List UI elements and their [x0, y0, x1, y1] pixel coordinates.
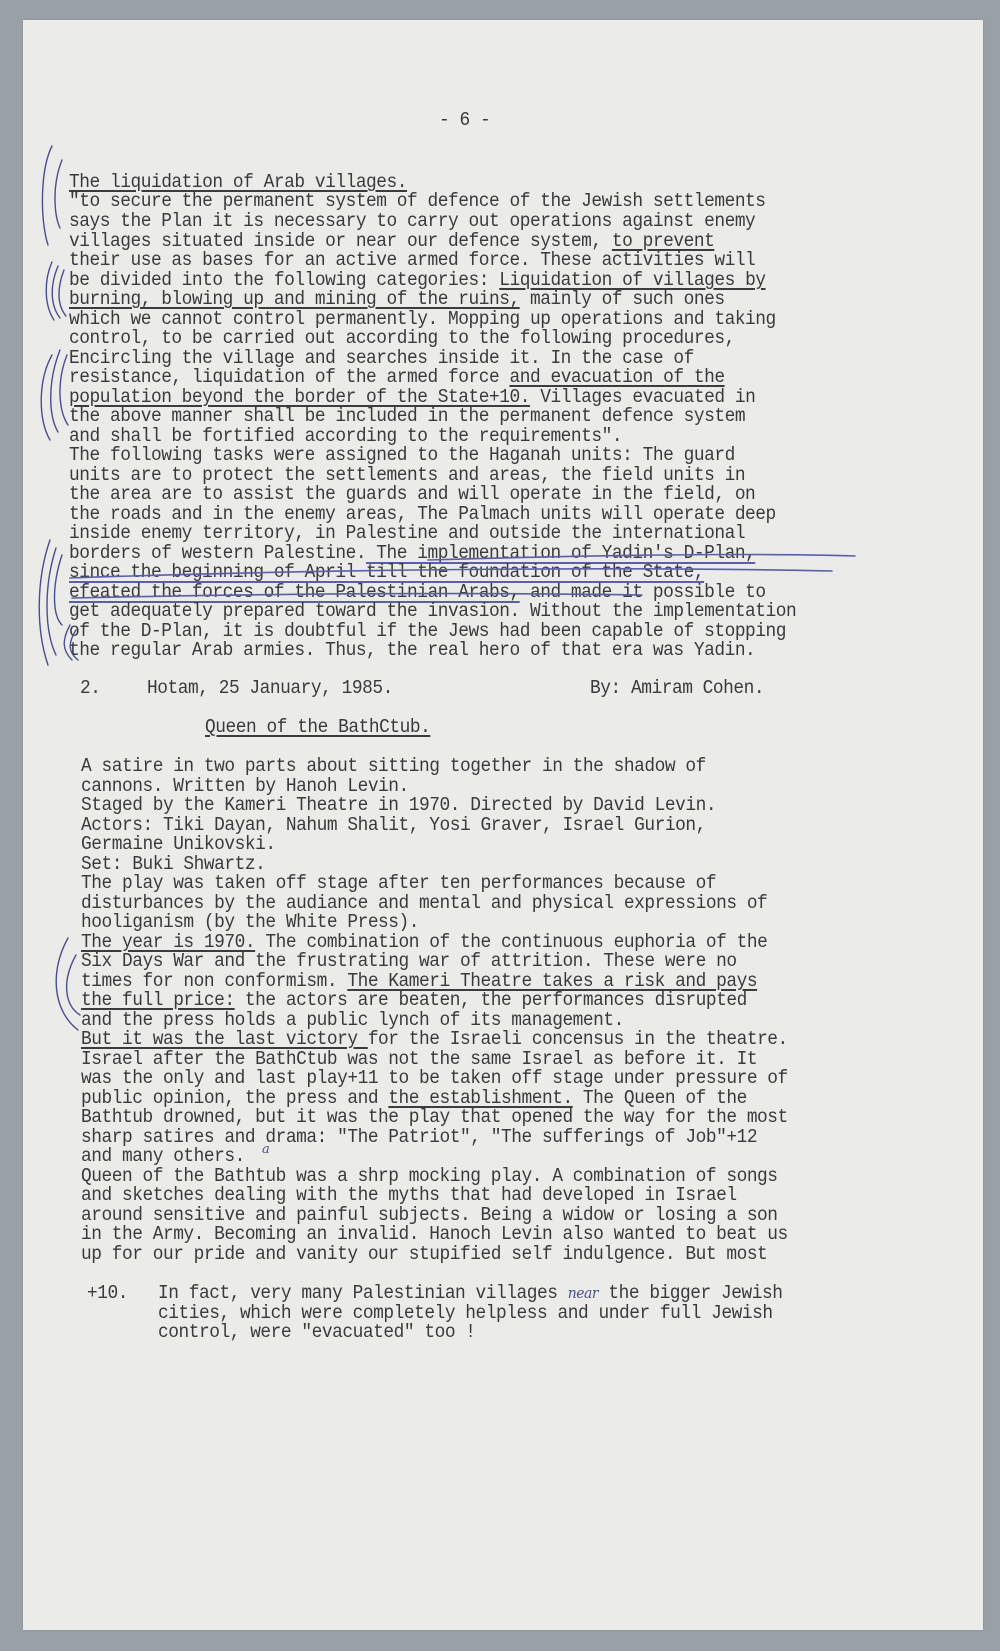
body-line: Staged by the Kameri Theatre in 1970. Di…	[81, 795, 716, 815]
body-line: The play was taken off stage after ten p…	[81, 873, 716, 893]
body-line: inside enemy territory, in Palestine and…	[69, 523, 745, 543]
body-line: up for our pride and vanity our stupifie…	[81, 1244, 767, 1264]
body-line: Set: Buki Shwartz.	[81, 854, 265, 874]
body-line: the full price: the actors are beaten, t…	[81, 990, 747, 1010]
handwritten-insert: a	[262, 1142, 270, 1157]
body-line: sharp satires and drama: "The Patriot", …	[81, 1127, 757, 1147]
text-run: In fact, very many Palestinian villages	[158, 1282, 568, 1304]
underlined-text: the full price:	[81, 989, 235, 1011]
body-line: and the press holds a public lynch of it…	[81, 1010, 624, 1030]
body-line: efeated the forces of the Palestinian Ar…	[69, 582, 766, 602]
body-line: their use as bases for an active armed f…	[69, 250, 755, 270]
body-line: and shall be fortified according to the …	[69, 426, 622, 446]
item-source: Hotam, 25 January, 1985.	[147, 678, 393, 698]
page-number: - 6 -	[439, 110, 490, 130]
body-line: The following tasks were assigned to the…	[69, 445, 735, 465]
body-line: Israel after the BathCtub was not the sa…	[81, 1049, 757, 1069]
item-number: 2.	[80, 678, 100, 698]
footnote-line: control, were "evacuated" too !	[158, 1322, 476, 1342]
body-line: and sketches dealing with the myths that…	[81, 1185, 737, 1205]
section-heading: The liquidation of Arab villages.	[69, 172, 407, 192]
body-line: Bathtub drowned, but it was the play tha…	[81, 1107, 788, 1127]
body-line: Six Days War and the frustrating war of …	[81, 951, 737, 971]
body-line: in the Army. Becoming an invalid. Hanoch…	[81, 1224, 788, 1244]
footnote-marker: +10.	[87, 1283, 128, 1303]
body-line: the regular Arab armies. Thus, the real …	[69, 640, 755, 660]
body-line: disturbances by the audiance and mental …	[81, 893, 767, 913]
footnote-line: In fact, very many Palestinian villages …	[158, 1283, 782, 1303]
body-line: times for non conformism. The Kameri The…	[81, 971, 757, 991]
body-line: the roads and in the enemy areas, The Pa…	[69, 504, 776, 524]
body-line: resistance, liquidation of the armed for…	[69, 367, 725, 387]
text-run: mainly of such ones	[520, 288, 725, 310]
body-line: Germaine Unikovski.	[81, 834, 276, 854]
text-run: resistance, liquidation of the armed for…	[69, 366, 509, 388]
body-line: public opinion, the press and the establ…	[81, 1088, 747, 1108]
body-line: villages situated inside or near our def…	[69, 231, 714, 251]
body-line: Encircling the village and searches insi…	[69, 348, 694, 368]
body-line: "to secure the permanent system of defen…	[69, 191, 766, 211]
text-run: for the Israeli concensus in the theatre…	[368, 1028, 788, 1050]
handwritten-correction: near	[568, 1284, 598, 1302]
footnote-line: cities, which were completely helpless a…	[158, 1303, 773, 1323]
item-byline: By: Amiram Cohen.	[590, 678, 764, 698]
body-line: hooliganism (by the White Press).	[81, 912, 419, 932]
body-line: units are to protect the settlements and…	[69, 465, 745, 485]
body-line: population beyond the border of the Stat…	[69, 387, 755, 407]
body-line: says the Plan it is necessary to carry o…	[69, 211, 755, 231]
body-line: since the beginning of April till the fo…	[69, 562, 704, 582]
body-line: The year is 1970. The combination of the…	[81, 932, 767, 952]
text-run: the bigger Jewish	[598, 1282, 782, 1304]
text-run: the actors are beaten, the performances …	[235, 989, 747, 1011]
body-line: the above manner shall be included in th…	[69, 406, 745, 426]
body-line: burning, blowing up and mining of the ru…	[69, 289, 725, 309]
body-line: was the only and last play+11 to be take…	[81, 1068, 788, 1088]
body-line: control, to be carried out according to …	[69, 328, 735, 348]
body-line: But it was the last victory for the Isra…	[81, 1029, 788, 1049]
body-line: A satire in two parts about sitting toge…	[81, 756, 706, 776]
body-line: the area are to assist the guards and wi…	[69, 484, 755, 504]
body-line: of the D-Plan, it is doubtful if the Jew…	[69, 621, 786, 641]
body-line: around sensitive and painful subjects. B…	[81, 1205, 778, 1225]
body-line: and many others.	[81, 1146, 245, 1166]
body-line: which we cannot control permanently. Mop…	[69, 309, 776, 329]
item-title: Queen of the BathCtub.	[205, 717, 430, 737]
body-line: Queen of the Bathtub was a shrp mocking …	[81, 1166, 778, 1186]
body-line: borders of western Palestine. The implem…	[69, 543, 755, 563]
body-line: be divided into the following categories…	[69, 270, 766, 290]
underlined-text: and evacuation of the	[509, 366, 724, 388]
body-line: Actors: Tiki Dayan, Nahum Shalit, Yosi G…	[81, 815, 706, 835]
body-line: get adequately prepared toward the invas…	[69, 601, 796, 621]
underlined-text: burning, blowing up and mining of the ru…	[69, 288, 520, 310]
underlined-text: But it was the last victory	[81, 1028, 368, 1050]
body-line: cannons. Written by Hanoh Levin.	[81, 776, 409, 796]
